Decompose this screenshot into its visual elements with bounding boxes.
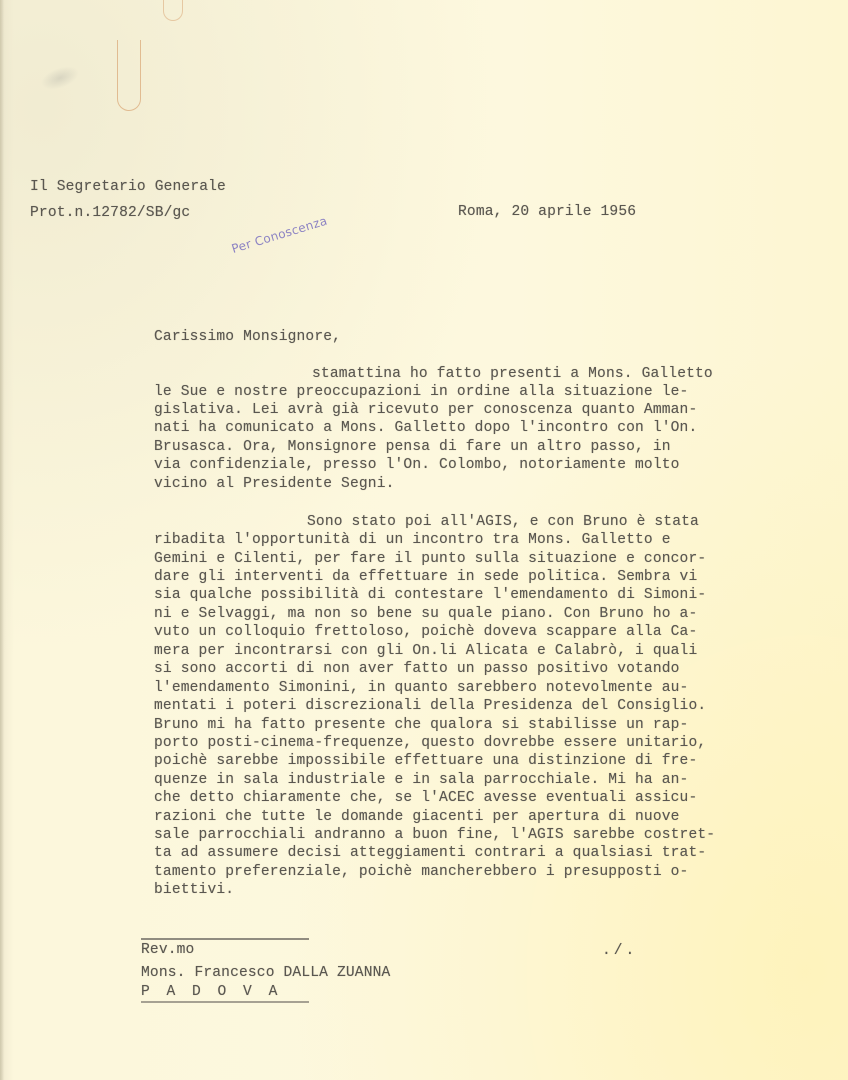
paragraph-2-line-16: che detto chiaramente che, se l'ACEC ave… — [154, 791, 697, 806]
recipient-top-rule — [141, 938, 309, 940]
paragraph-1-line-6: via confidenziale, presso l'On. Colombo,… — [154, 458, 680, 473]
continuation-mark: ./. — [602, 944, 637, 959]
paragraph-2-line-12: Bruno mi ha fatto presente che qualora s… — [154, 718, 688, 733]
paragraph-2-line-6: ni e Selvaggi, ma non so bene su quale p… — [154, 607, 697, 622]
paragraph-1-line-5: Brusasca. Ora, Monsignore pensa di fare … — [154, 440, 671, 455]
protocol-number: Prot.n.12782/SB/gc — [30, 206, 190, 221]
paragraph-2-line-20: tamento preferenziale, poichè mancherebb… — [154, 865, 688, 880]
paragraph-1-line-7: vicino al Presidente Segni. — [154, 477, 395, 492]
paragraph-2-line-3: Gemini e Cilenti, per fare il punto sull… — [154, 552, 706, 567]
paragraph-2-line-14: poichè sarebbe impossibile effettuare un… — [154, 754, 697, 769]
paragraph-2-line-18: sale parrocchiali andranno a buon fine, … — [154, 828, 715, 843]
paragraph-2-line-9: si sono accorti di non aver fatto un pas… — [154, 662, 680, 677]
paragraph-2-line-19: ta ad assumere decisi atteggiamenti cont… — [154, 846, 706, 861]
sender-title: Il Segretario Generale — [30, 180, 226, 195]
paragraph-2-line-15: quenze in sala industriale e in sala par… — [154, 773, 688, 788]
paragraph-2-line-7: vuto un colloquio frettoloso, poichè dov… — [154, 625, 697, 640]
paragraph-2-line-4: dare gli interventi da effettuare in sed… — [154, 570, 697, 585]
letter-page: Il Segretario Generale Prot.n.12782/SB/g… — [0, 0, 848, 1080]
paragraph-1-line-2: le Sue e nostre preoccupazioni in ordine… — [154, 385, 688, 400]
paragraph-2-line-10: l'emendamento Simonini, in quanto sarebb… — [154, 681, 688, 696]
recipient-city-underline — [141, 1001, 309, 1003]
paragraph-1-line-4: nati ha comunicato a Mons. Galletto dopo… — [154, 421, 697, 436]
paragraph-2-line-1: Sono stato poi all'AGIS, e con Bruno è s… — [307, 515, 699, 530]
paragraph-2-line-21: biettivi. — [154, 883, 234, 898]
recipient-honorific: Rev.mo — [141, 943, 194, 958]
recipient-city: P A D O V A — [141, 985, 281, 1000]
paragraph-2-line-11: mentati i poteri discrezionali della Pre… — [154, 699, 706, 714]
paragraph-2-line-17: razioni che tutte le domande giacenti pe… — [154, 810, 680, 825]
paragraph-1-line-1: stamattina ho fatto presenti a Mons. Gal… — [312, 367, 713, 382]
paragraph-2-line-13: porto posti-cinema-frequenze, questo dov… — [154, 736, 706, 751]
paragraph-2-line-5: sia qualche possibilità di contestare l'… — [154, 588, 706, 603]
paragraph-2-line-8: mera per incontrarsi con gli On.li Alica… — [154, 644, 697, 659]
paperclip-rust-mark — [117, 40, 141, 111]
paper-smudge — [38, 62, 82, 94]
per-conoscenza-stamp: Per Conoscenza — [230, 214, 329, 256]
paragraph-1-line-3: gislativa. Lei avrà già ricevuto per con… — [154, 403, 697, 418]
page-edge-shadow — [0, 0, 4, 1080]
paragraph-2-line-2: ribadita l'opportunità di un incontro tr… — [154, 533, 671, 548]
place-date: Roma, 20 aprile 1956 — [458, 205, 636, 220]
salutation: Carissimo Monsignore, — [154, 330, 341, 345]
recipient-name: Mons. Francesco DALLA ZUANNA — [141, 966, 390, 981]
paperclip-rust-mark-top — [163, 0, 183, 21]
